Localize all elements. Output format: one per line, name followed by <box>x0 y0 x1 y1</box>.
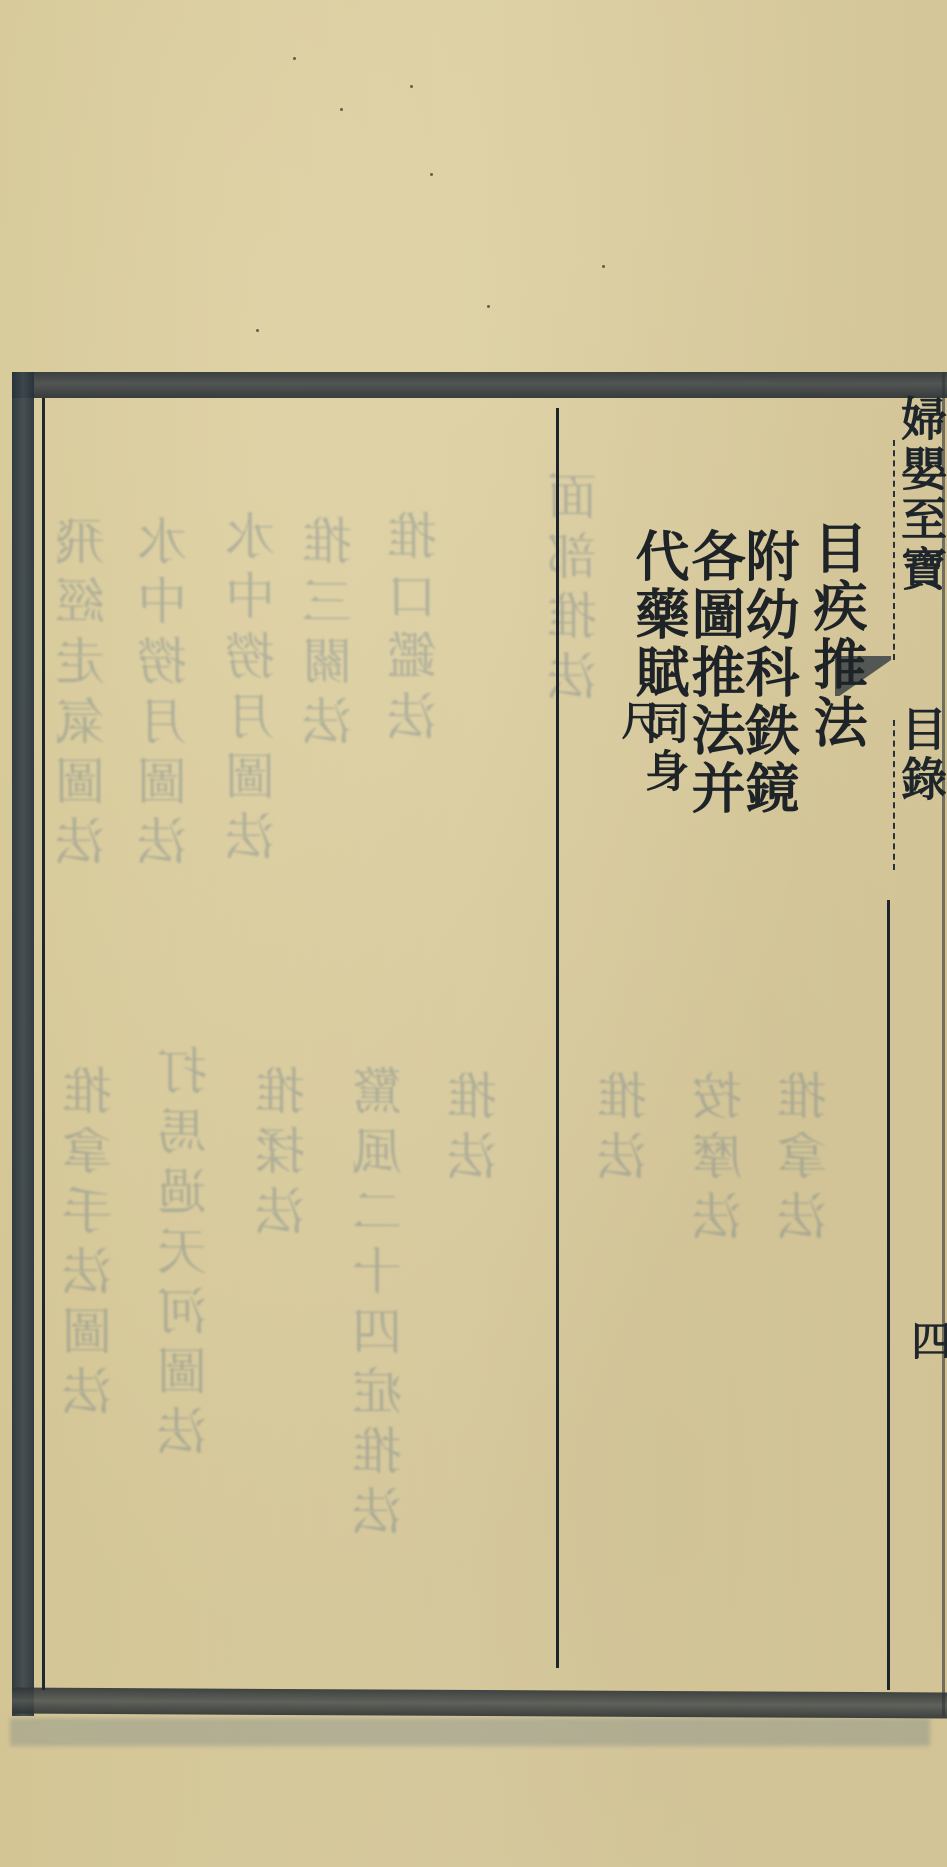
column-divider <box>556 408 559 1668</box>
paper-speck <box>602 265 605 268</box>
contents-note-left: 尺 <box>618 700 658 744</box>
paper-speck <box>256 329 259 332</box>
bleed-through-column: 水中撈月圖法 <box>130 515 202 875</box>
frame-bottom-bleed <box>10 1718 930 1746</box>
frame-left-border <box>12 372 34 1716</box>
contents-entry: 各圖推法并 <box>688 528 742 818</box>
book-title: 婦嬰至寶 <box>898 395 944 595</box>
frame-top-border <box>12 372 947 398</box>
bleed-through-column: 打馬過天河圖法 <box>150 1045 222 1465</box>
folio-number: 四 <box>908 1320 947 1364</box>
bleed-through-column: 按摩法 <box>685 1070 757 1250</box>
inner-left-rule <box>42 398 45 1690</box>
bleed-through-column: 推法 <box>590 1070 662 1190</box>
bleed-through-column: 面部推法 <box>540 470 612 710</box>
bleed-through-column: 水中撈月圖法 <box>218 510 290 870</box>
contents-entry: 目疾推法 <box>810 520 864 752</box>
bleed-through-column: 推拿法 <box>770 1070 842 1250</box>
paper-speck <box>410 85 413 88</box>
paper-speck <box>430 173 433 176</box>
bleed-through-column: 推揉法 <box>248 1065 320 1245</box>
contents-entry: 附幼科鉄鏡 <box>742 528 796 818</box>
paper-speck <box>293 57 296 60</box>
section-title: 目錄 <box>898 705 944 805</box>
paper-speck <box>487 305 490 308</box>
bleed-through-column: 推拿手法圖法 <box>55 1065 127 1425</box>
center-fold-rule-lower <box>887 900 890 1690</box>
contents-entry: 代藥賦 <box>632 528 686 702</box>
frame-bottom-border <box>12 1688 947 1719</box>
bleed-through-column: 飛經走氣圖法 <box>48 515 120 875</box>
bleed-through-column: 驚風二十四症推法 <box>345 1065 417 1545</box>
bleed-through-column: 推法 <box>440 1070 512 1190</box>
bleed-through-column: 推三關法 <box>295 515 367 755</box>
bleed-through-column: 推口鑑法 <box>380 510 452 750</box>
paper-speck <box>340 108 343 111</box>
